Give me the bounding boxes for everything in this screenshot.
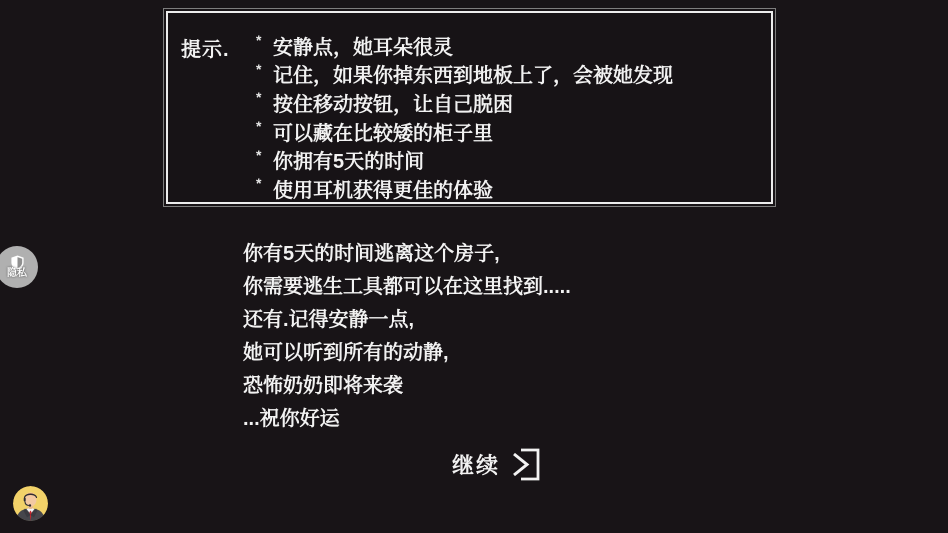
hints-list: * 安静点，她耳朵很灵 * 记住，如果你掉东西到地板上了，会被她发现 * 按住移… bbox=[256, 31, 673, 203]
continue-label: 继续 bbox=[452, 449, 500, 480]
bullet-icon: * bbox=[256, 118, 270, 134]
intro-line: 恐怖奶奶即将来袭 bbox=[243, 370, 571, 403]
next-arrow-icon bbox=[510, 447, 541, 482]
intro-line: 你有5天的时间逃离这个房子, bbox=[243, 238, 571, 271]
hint-item: * 可以藏在比较矮的柜子里 bbox=[256, 117, 673, 146]
hint-item: * 安静点，她耳朵很灵 bbox=[256, 31, 673, 60]
hints-panel: 提示. * 安静点，她耳朵很灵 * 记住，如果你掉东西到地板上了，会被她发现 *… bbox=[166, 11, 773, 204]
customer-service-button[interactable] bbox=[13, 486, 48, 521]
intro-line: 她可以听到所有的动静, bbox=[243, 337, 571, 370]
bullet-icon: * bbox=[256, 175, 270, 191]
customer-service-avatar bbox=[13, 486, 48, 521]
hint-item: * 你拥有5天的时间 bbox=[256, 145, 673, 174]
bullet-icon: * bbox=[256, 32, 270, 48]
game-screen: 提示. * 安静点，她耳朵很灵 * 记住，如果你掉东西到地板上了，会被她发现 *… bbox=[0, 0, 948, 533]
bullet-icon: * bbox=[256, 147, 270, 163]
bullet-icon: * bbox=[256, 61, 270, 77]
hint-text: 记住，如果你掉东西到地板上了，会被她发现 bbox=[273, 59, 673, 88]
hint-text: 安静点，她耳朵很灵 bbox=[273, 31, 453, 60]
intro-line: 你需要逃生工具都可以在这里找到..... bbox=[243, 271, 571, 304]
hint-text: 可以藏在比较矮的柜子里 bbox=[273, 117, 493, 146]
privacy-button[interactable]: 隐私 bbox=[0, 246, 38, 288]
hint-item: * 记住，如果你掉东西到地板上了，会被她发现 bbox=[256, 60, 673, 89]
hint-item: * 按住移动按钮，让自己脱困 bbox=[256, 88, 673, 117]
hints-title: 提示. bbox=[181, 33, 230, 62]
hint-text: 使用耳机获得更佳的体验 bbox=[273, 174, 493, 203]
intro-text: 你有5天的时间逃离这个房子, 你需要逃生工具都可以在这里找到..... 还有.记… bbox=[243, 238, 571, 436]
hint-item: * 使用耳机获得更佳的体验 bbox=[256, 174, 673, 203]
intro-line: 还有.记得安静一点, bbox=[243, 304, 571, 337]
continue-button[interactable]: 继续 bbox=[452, 447, 541, 482]
privacy-label: 隐私 bbox=[7, 269, 27, 279]
intro-line: ...祝你好运 bbox=[243, 403, 571, 436]
hint-text: 按住移动按钮，让自己脱困 bbox=[273, 88, 513, 117]
bullet-icon: * bbox=[256, 89, 270, 105]
hint-text: 你拥有5天的时间 bbox=[273, 145, 424, 174]
